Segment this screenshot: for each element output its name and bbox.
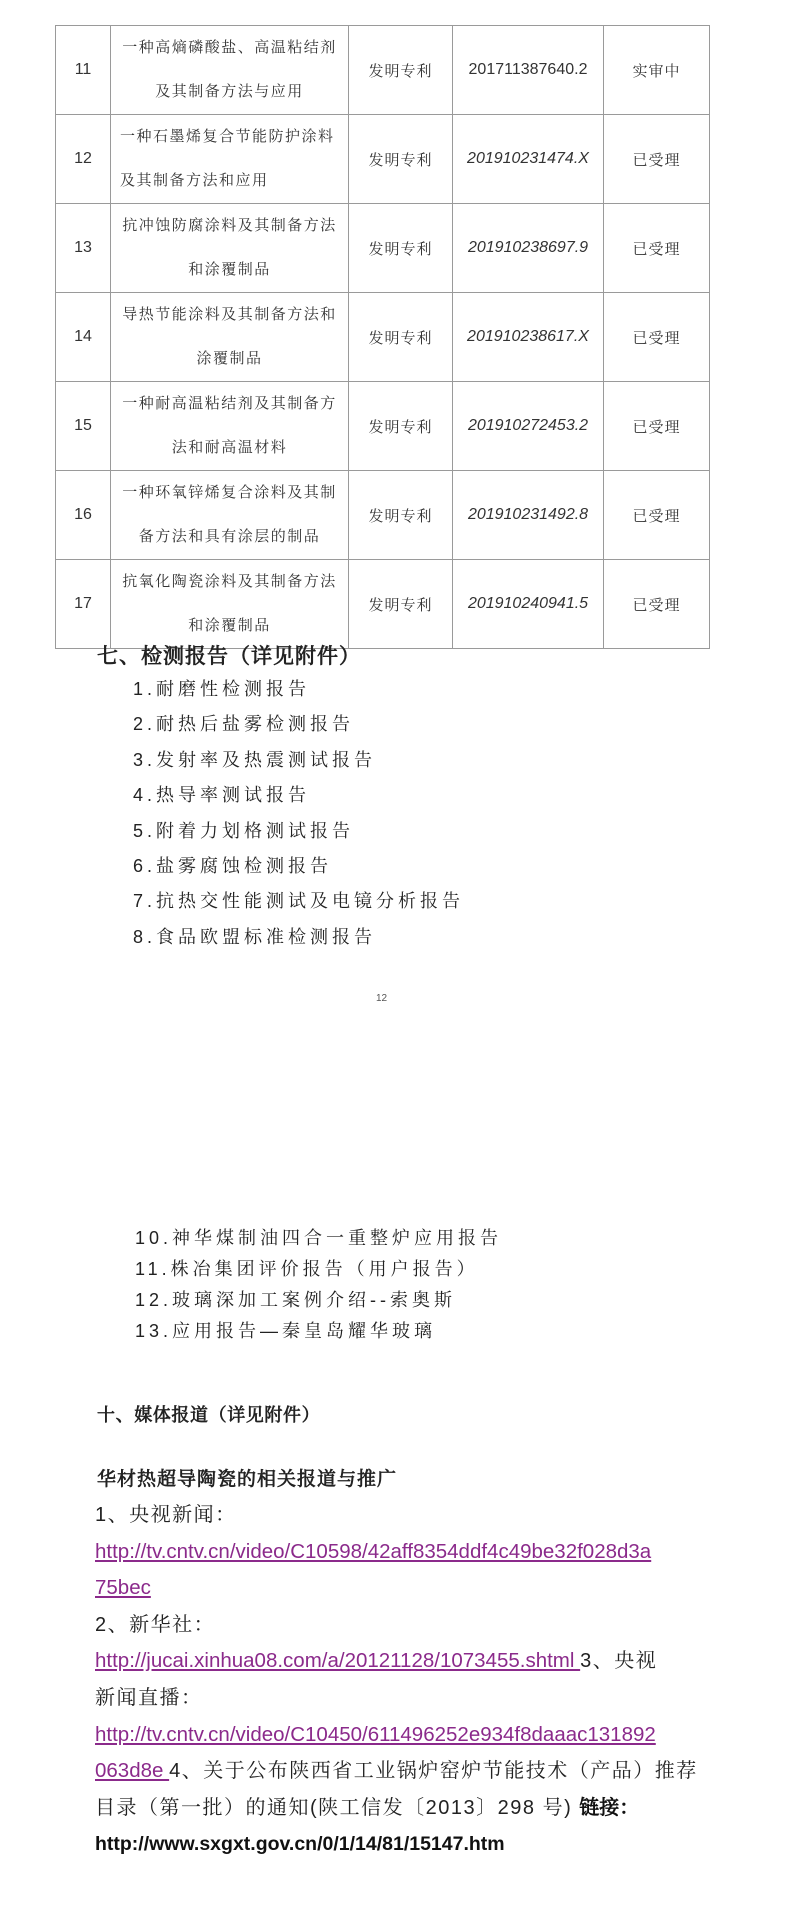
cell-name-line: 一种耐高温粘结剂及其制备方 [111, 382, 348, 426]
media-line: 新闻直播： [95, 1680, 675, 1717]
cell-number: 201910240941.5 [453, 560, 604, 649]
cell-name-line: 导热节能涂料及其制备方法和 [111, 293, 348, 337]
news-link-xinhua[interactable]: http://jucai.xinhua08.com/a/20121128/107… [95, 1649, 580, 1672]
media-label: 目录（第一批）的通知(陕工信发〔2013〕298 号) [95, 1797, 579, 1819]
cell-status: 已受理 [604, 560, 710, 649]
cell-status: 实审中 [604, 26, 710, 115]
cell-name: 导热节能涂料及其制备方法和涂覆制品 [111, 293, 349, 382]
government-notice-url: http://www.sxgxt.gov.cn/0/1/14/81/15147.… [95, 1833, 505, 1855]
cell-name-line: 及其制备方法和应用 [120, 159, 348, 203]
table-row: 12 一种石墨烯复合节能防护涂料及其制备方法和应用 发明专利 201910231… [56, 115, 710, 204]
media-line: 063d8e 4、关于公布陕西省工业锅炉窑炉节能技术（产品）推荐 [95, 1753, 675, 1790]
cell-name-line: 法和耐高温材料 [111, 426, 348, 470]
media-line: http://jucai.xinhua08.com/a/20121128/107… [95, 1643, 675, 1680]
cell-type: 发明专利 [349, 26, 453, 115]
cell-status: 已受理 [604, 382, 710, 471]
cell-name-line: 及其制备方法与应用 [111, 70, 348, 114]
cell-number: 201910231474.X [453, 115, 604, 204]
cell-status: 已受理 [604, 204, 710, 293]
list-item: 2.耐热后盐雾检测报告 [133, 707, 464, 742]
section-heading-test-reports: 七、检测报告（详见附件） [97, 642, 361, 672]
cell-name: 一种环氧锌烯复合涂料及其制备方法和具有涂层的制品 [111, 471, 349, 560]
table-row: 14 导热节能涂料及其制备方法和涂覆制品 发明专利 201910238617.X… [56, 293, 710, 382]
list-item: 10.神华煤制油四合一重整炉应用报告 [135, 1223, 502, 1254]
cell-type: 发明专利 [349, 293, 453, 382]
media-line: 1、央视新闻： [95, 1497, 675, 1534]
cell-name: 抗冲蚀防腐涂料及其制备方法和涂覆制品 [111, 204, 349, 293]
news-link-cctv-live[interactable]: http://tv.cntv.cn/video/C10450/611496252… [95, 1723, 656, 1746]
cell-type: 发明专利 [349, 471, 453, 560]
news-link-cctv-live-continued[interactable]: 063d8e [95, 1759, 169, 1782]
cell-name-line: 一种环氧锌烯复合涂料及其制 [111, 471, 348, 515]
media-line: 目录（第一批）的通知(陕工信发〔2013〕298 号) 链接： [95, 1790, 675, 1827]
application-report-list: 10.神华煤制油四合一重整炉应用报告 11.株冶集团评价报告（用户报告） 12.… [135, 1223, 502, 1347]
cell-name-line: 涂覆制品 [111, 337, 348, 381]
list-item: 11.株冶集团评价报告（用户报告） [135, 1254, 502, 1285]
media-label: 4、关于公布陕西省工业锅炉窑炉节能技术（产品）推荐 [169, 1760, 698, 1782]
section-heading-media: 十、媒体报道（详见附件） [97, 1400, 320, 1430]
cell-type: 发明专利 [349, 204, 453, 293]
cell-no: 16 [56, 471, 111, 560]
cell-type: 发明专利 [349, 560, 453, 649]
list-item: 6.盐雾腐蚀检测报告 [133, 849, 464, 884]
cell-no: 11 [56, 26, 111, 115]
cell-no: 12 [56, 115, 111, 204]
cell-number: 201711387640.2 [453, 26, 604, 115]
news-link-cctv-continued[interactable]: 75bec [95, 1576, 151, 1599]
page-number: 12 [376, 993, 387, 1004]
list-item: 5.附着力划格测试报告 [133, 814, 464, 849]
list-item: 12.玻璃深加工案例介绍--索奥斯 [135, 1285, 502, 1316]
media-subheading: 华材热超导陶瓷的相关报道与推广 [97, 1465, 397, 1495]
media-label: 2、新华社： [95, 1614, 215, 1636]
cell-status: 已受理 [604, 293, 710, 382]
cell-name: 一种石墨烯复合节能防护涂料及其制备方法和应用 [111, 115, 349, 204]
list-item: 7.抗热交性能测试及电镜分析报告 [133, 884, 464, 919]
cell-status: 已受理 [604, 115, 710, 204]
list-item: 3.发射率及热震测试报告 [133, 743, 464, 778]
cell-name-line: 一种石墨烯复合节能防护涂料 [120, 115, 348, 159]
cell-type: 发明专利 [349, 115, 453, 204]
table-row: 13 抗冲蚀防腐涂料及其制备方法和涂覆制品 发明专利 201910238697.… [56, 204, 710, 293]
cell-number: 201910238697.9 [453, 204, 604, 293]
media-line: http://tv.cntv.cn/video/C10450/611496252… [95, 1717, 675, 1754]
cell-number: 201910272453.2 [453, 382, 604, 471]
list-item: 4.热导率测试报告 [133, 778, 464, 813]
cell-name: 抗氧化陶瓷涂料及其制备方法和涂覆制品 [111, 560, 349, 649]
cell-name-line: 备方法和具有涂层的制品 [111, 515, 348, 559]
news-link-cctv[interactable]: http://tv.cntv.cn/video/C10598/42aff8354… [95, 1540, 651, 1563]
cell-name-line: 一种高熵磷酸盐、高温粘结剂 [111, 26, 348, 70]
media-line: 2、新华社： [95, 1607, 675, 1644]
link-label: 链接： [579, 1797, 639, 1819]
cell-number: 201910231492.8 [453, 471, 604, 560]
cell-no: 13 [56, 204, 111, 293]
cell-name: 一种高熵磷酸盐、高温粘结剂及其制备方法与应用 [111, 26, 349, 115]
cell-status: 已受理 [604, 471, 710, 560]
table-row: 17 抗氧化陶瓷涂料及其制备方法和涂覆制品 发明专利 201910240941.… [56, 560, 710, 649]
cell-name-line: 抗氧化陶瓷涂料及其制备方法 [111, 560, 348, 604]
media-label: 新闻直播： [95, 1687, 203, 1709]
list-item: 8.食品欧盟标准检测报告 [133, 920, 464, 955]
cell-type: 发明专利 [349, 382, 453, 471]
media-label: 3、央视 [580, 1650, 657, 1672]
media-line: 75bec [95, 1570, 675, 1607]
media-report-lines: 1、央视新闻： http://tv.cntv.cn/video/C10598/4… [95, 1497, 675, 1863]
cell-name-line: 和涂覆制品 [111, 248, 348, 292]
table-row: 16 一种环氧锌烯复合涂料及其制备方法和具有涂层的制品 发明专利 2019102… [56, 471, 710, 560]
cell-no: 17 [56, 560, 111, 649]
test-report-list: 1.耐磨性检测报告 2.耐热后盐雾检测报告 3.发射率及热震测试报告 4.热导率… [133, 672, 464, 955]
cell-no: 14 [56, 293, 111, 382]
media-label: 1、央视新闻： [95, 1504, 237, 1526]
table-row: 15 一种耐高温粘结剂及其制备方法和耐高温材料 发明专利 20191027245… [56, 382, 710, 471]
document-page: 11 一种高熵磷酸盐、高温粘结剂及其制备方法与应用 发明专利 201711387… [0, 0, 787, 1908]
list-item: 13.应用报告—秦皇岛耀华玻璃 [135, 1316, 502, 1347]
cell-name: 一种耐高温粘结剂及其制备方法和耐高温材料 [111, 382, 349, 471]
cell-number: 201910238617.X [453, 293, 604, 382]
list-item: 1.耐磨性检测报告 [133, 672, 464, 707]
table-row: 11 一种高熵磷酸盐、高温粘结剂及其制备方法与应用 发明专利 201711387… [56, 26, 710, 115]
media-line: http://tv.cntv.cn/video/C10598/42aff8354… [95, 1534, 675, 1571]
media-line: http://www.sxgxt.gov.cn/0/1/14/81/15147.… [95, 1826, 675, 1863]
patent-table: 11 一种高熵磷酸盐、高温粘结剂及其制备方法与应用 发明专利 201711387… [55, 25, 710, 649]
cell-no: 15 [56, 382, 111, 471]
cell-name-line: 抗冲蚀防腐涂料及其制备方法 [111, 204, 348, 248]
